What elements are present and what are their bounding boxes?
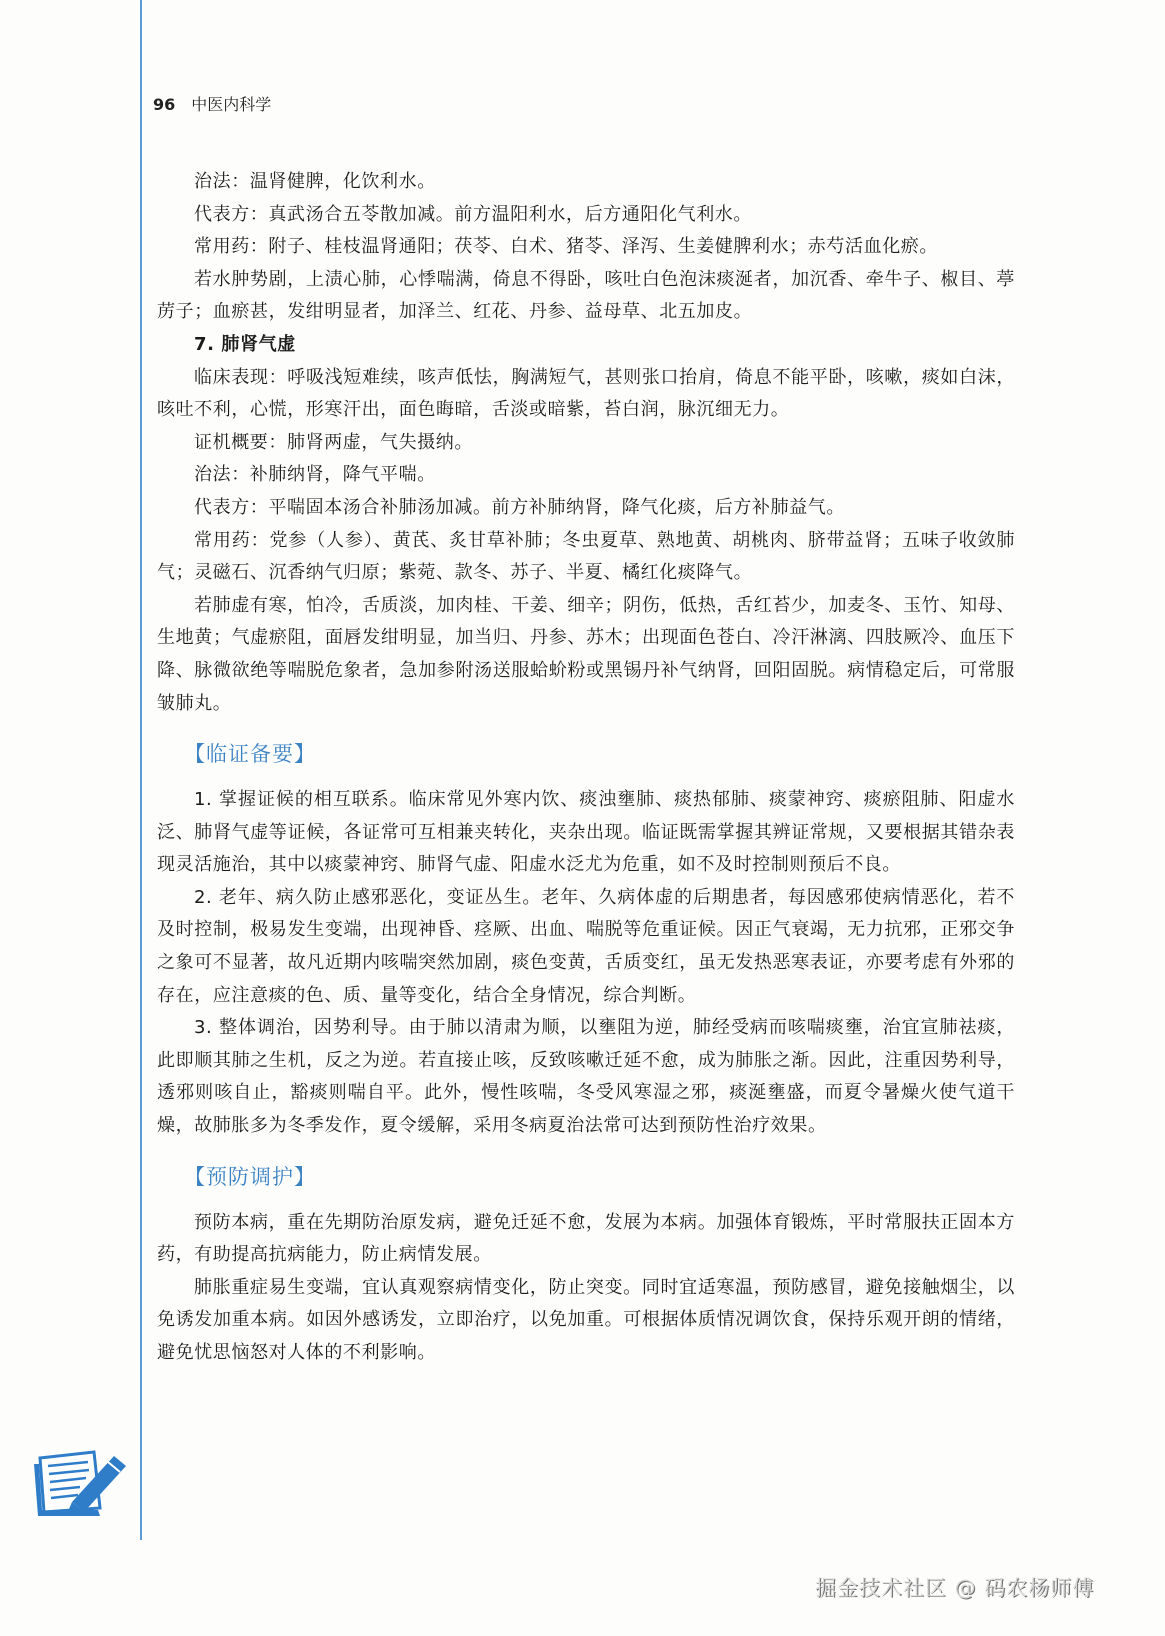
treatment-paragraph: 治法：温肾健脾，化饮利水。 bbox=[157, 166, 1015, 199]
notepad-pencil-icon bbox=[28, 1450, 138, 1530]
mechanism-paragraph: 证机概要：肺肾两虚，气失摄纳。 bbox=[157, 427, 1015, 460]
page-body: 治法：温肾健脾，化饮利水。 代表方：真武汤合五苓散加减。前方温阳利水，后方通阳化… bbox=[157, 166, 1015, 1370]
book-title: 中医内科学 bbox=[191, 92, 271, 115]
watermark: 掘金技术社区 @ 码农杨师傅 bbox=[815, 1572, 1094, 1602]
clinical-note-item: 2. 老年、病久防止感邪恶化，变证丛生。老年、久病体虚的后期患者，每因感邪使病情… bbox=[157, 882, 1015, 1012]
margin-rule bbox=[140, 0, 142, 1540]
section-title-clinical-notes: 【临证备要】 bbox=[184, 734, 1015, 774]
page-number: 96 bbox=[153, 95, 175, 114]
formula-paragraph: 代表方：平喘固本汤合补肺汤加减。前方补肺纳肾，降气化痰，后方补肺益气。 bbox=[157, 492, 1015, 525]
herbs-paragraph: 常用药：党参（人参）、黄芪、炙甘草补肺；冬虫夏草、熟地黄、胡桃肉、脐带益肾；五味… bbox=[157, 525, 1015, 590]
prevention-item: 预防本病，重在先期防治原发病，避免迁延不愈，发展为本病。加强体育锻炼，平时常服扶… bbox=[157, 1207, 1015, 1272]
section-title-prevention: 【预防调护】 bbox=[184, 1157, 1015, 1197]
treatment-paragraph: 治法：补肺纳肾，降气平喘。 bbox=[157, 459, 1015, 492]
clinical-paragraph: 临床表现：呼吸浅短难续，咳声低怯，胸满短气，甚则张口抬肩，倚息不能平卧，咳嗽，痰… bbox=[157, 362, 1015, 427]
clinical-note-item: 1. 掌握证候的相互联系。临床常见外寒内饮、痰浊壅肺、痰热郁肺、痰蒙神窍、痰瘀阻… bbox=[157, 784, 1015, 882]
clinical-note-item: 3. 整体调治，因势利导。由于肺以清肃为顺，以壅阻为逆，肺经受病而咳喘痰壅，治宜… bbox=[157, 1012, 1015, 1142]
formula-paragraph: 代表方：真武汤合五苓散加减。前方温阳利水，后方通阳化气利水。 bbox=[157, 199, 1015, 232]
subsection-heading: 7. 肺肾气虚 bbox=[157, 329, 1015, 362]
prevention-item: 肺胀重症易生变端，宜认真观察病情变化，防止突变。同时宜适寒温，预防感冒，避免接触… bbox=[157, 1272, 1015, 1370]
running-head: 96 中医内科学 bbox=[153, 92, 271, 115]
modification-paragraph: 若水肿势剧，上渍心肺，心悸喘满，倚息不得卧，咳吐白色泡沫痰涎者，加沉香、牵牛子、… bbox=[157, 264, 1015, 329]
herbs-paragraph: 常用药：附子、桂枝温肾通阳；茯苓、白术、猪苓、泽泻、生姜健脾利水；赤芍活血化瘀。 bbox=[157, 231, 1015, 264]
modification-paragraph: 若肺虚有寒，怕冷，舌质淡，加肉桂、干姜、细辛；阴伤，低热，舌红苔少，加麦冬、玉竹… bbox=[157, 590, 1015, 720]
